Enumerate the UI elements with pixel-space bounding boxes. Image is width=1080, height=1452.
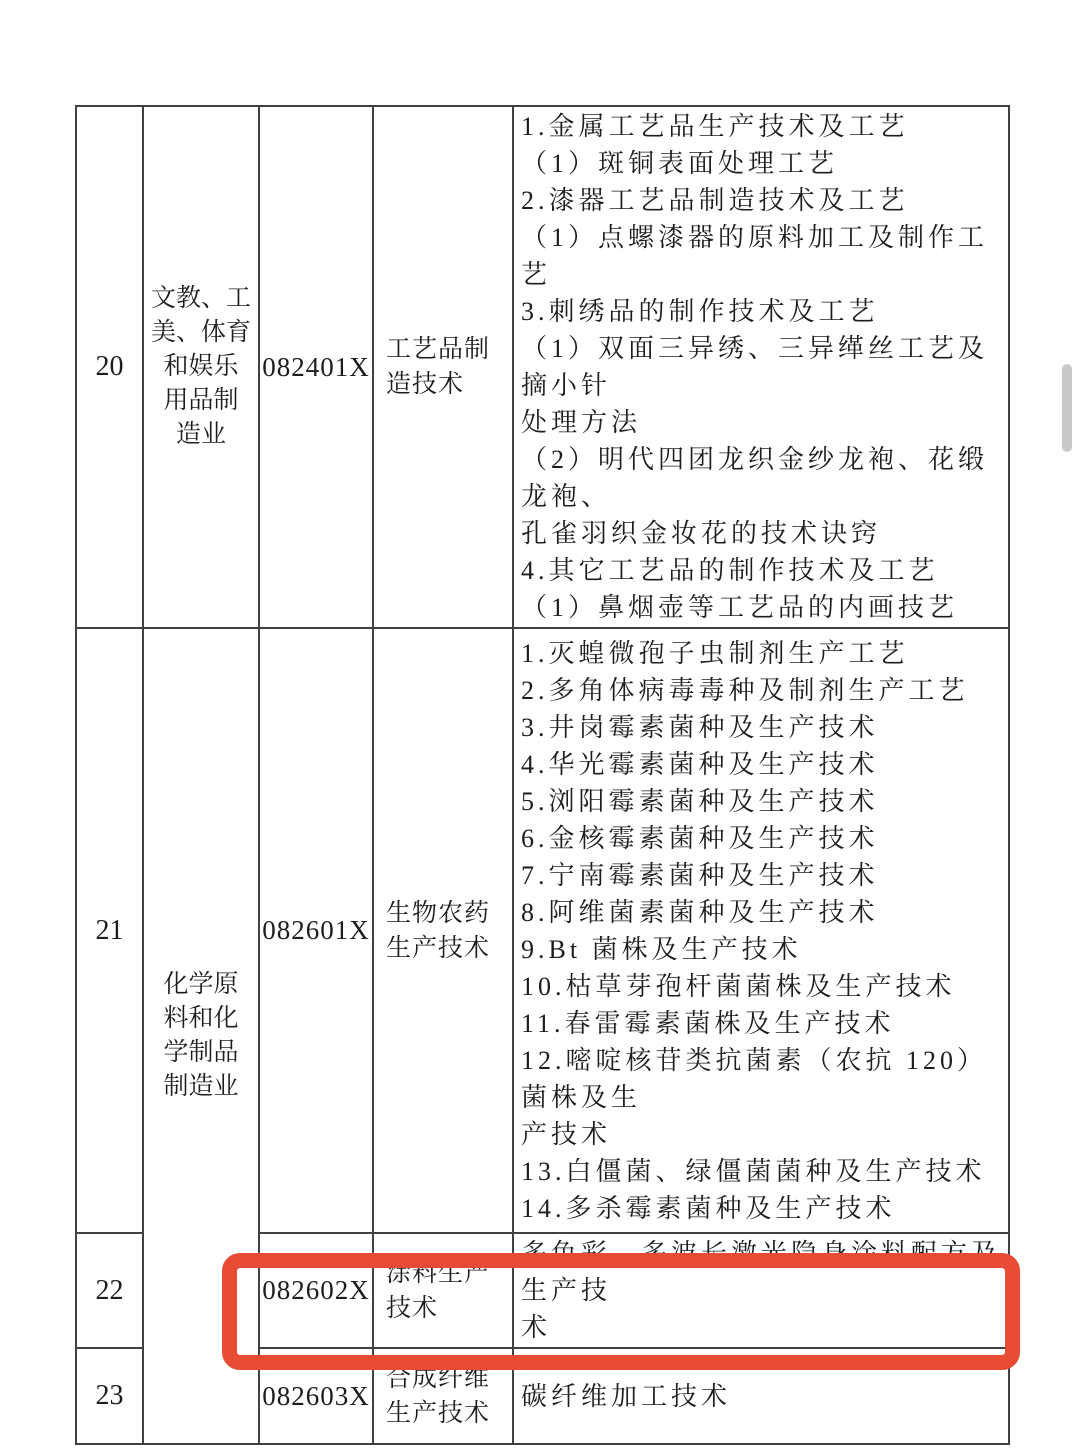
tech-item: （1）双面三异绣、三异缂丝工艺及摘小针 处理方法 — [521, 330, 1003, 441]
table-row: 20 文教、工 美、体育 和娱乐 用品制 造业 082401X 工艺品制 造技术… — [76, 106, 1009, 628]
tech-item: 9.Bt 菌株及生产技术 — [521, 931, 1003, 968]
items-cell: 多色彩、多波长激光隐身涂料配方及生产技 术 — [513, 1233, 1009, 1348]
technology-table: 20 文教、工 美、体育 和娱乐 用品制 造业 082401X 工艺品制 造技术… — [75, 105, 1010, 1445]
row-number-cell: 21 — [76, 628, 143, 1233]
items-cell: 1.金属工艺品生产技术及工艺 （1）斑铜表面处理工艺 2.漆器工艺品制造技术及工… — [513, 106, 1009, 628]
tech-item: 3.井岗霉素菌种及生产技术 — [521, 709, 1003, 746]
tech-name-cell: 合成纤维 生产技术 — [373, 1348, 513, 1444]
tech-name-cell: 涂料生产 技术 — [373, 1233, 513, 1348]
code-cell: 082603X — [259, 1348, 373, 1444]
table-row: 21 化学原 料和化 学制品 制造业 082601X 生物农药 生产技术 1.灭… — [76, 628, 1009, 1233]
tech-item: 3.刺绣品的制作技术及工艺 — [521, 293, 1003, 330]
code-cell: 082602X — [259, 1233, 373, 1348]
tech-item: 11.春雷霉素菌株及生产技术 — [521, 1005, 1003, 1042]
document-page: 20 文教、工 美、体育 和娱乐 用品制 造业 082401X 工艺品制 造技术… — [0, 0, 1080, 1452]
tech-item: 多色彩、多波长激光隐身涂料配方及生产技 术 — [521, 1235, 1003, 1346]
tech-item: 1.金属工艺品生产技术及工艺 — [521, 108, 1003, 145]
tech-item: （2）明代四团龙织金纱龙袍、花缎龙袍、 孔雀羽织金妆花的技术诀窍 — [521, 441, 1003, 552]
items-cell: 碳纤维加工技术 — [513, 1348, 1009, 1444]
tech-item: 1.灭蝗微孢子虫制剂生产工艺 — [521, 635, 1003, 672]
tech-name-cell: 工艺品制 造技术 — [373, 106, 513, 628]
tech-item: （1）斑铜表面处理工艺 — [521, 145, 1003, 182]
tech-item: 14.多杀霉素菌种及生产技术 — [521, 1190, 1003, 1227]
tech-item: 碳纤维加工技术 — [521, 1378, 1003, 1415]
tech-name-cell: 生物农药 生产技术 — [373, 628, 513, 1233]
tech-item: 7.宁南霉素菌种及生产技术 — [521, 857, 1003, 894]
tech-item: 12.嘧啶核苷类抗菌素（农抗 120）菌株及生 产技术 — [521, 1042, 1003, 1153]
tech-item: （1）鼻烟壶等工艺品的内画技艺 — [521, 589, 1003, 626]
tech-item: 13.白僵菌、绿僵菌菌种及生产技术 — [521, 1153, 1003, 1190]
industry-cell: 化学原 料和化 学制品 制造业 — [143, 628, 259, 1444]
row-number-cell: 20 — [76, 106, 143, 628]
tech-item: 4.其它工艺品的制作技术及工艺 — [521, 552, 1003, 589]
industry-cell: 文教、工 美、体育 和娱乐 用品制 造业 — [143, 106, 259, 628]
row-number-cell: 22 — [76, 1233, 143, 1348]
scrollbar-thumb[interactable] — [1062, 364, 1072, 452]
tech-item: 6.金核霉素菌种及生产技术 — [521, 820, 1003, 857]
code-cell: 082401X — [259, 106, 373, 628]
tech-item: 10.枯草芽孢杆菌菌株及生产技术 — [521, 968, 1003, 1005]
items-cell: 1.灭蝗微孢子虫制剂生产工艺 2.多角体病毒毒种及制剂生产工艺 3.井岗霉素菌种… — [513, 628, 1009, 1233]
tech-item: 2.多角体病毒毒种及制剂生产工艺 — [521, 672, 1003, 709]
tech-item: （1）点螺漆器的原料加工及制作工艺 — [521, 219, 1003, 293]
tech-item: 8.阿维菌素菌种及生产技术 — [521, 894, 1003, 931]
tech-item: 5.浏阳霉素菌种及生产技术 — [521, 783, 1003, 820]
tech-item: 2.漆器工艺品制造技术及工艺 — [521, 182, 1003, 219]
row-number-cell: 23 — [76, 1348, 143, 1444]
code-cell: 082601X — [259, 628, 373, 1233]
tech-item: 4.华光霉素菌种及生产技术 — [521, 746, 1003, 783]
